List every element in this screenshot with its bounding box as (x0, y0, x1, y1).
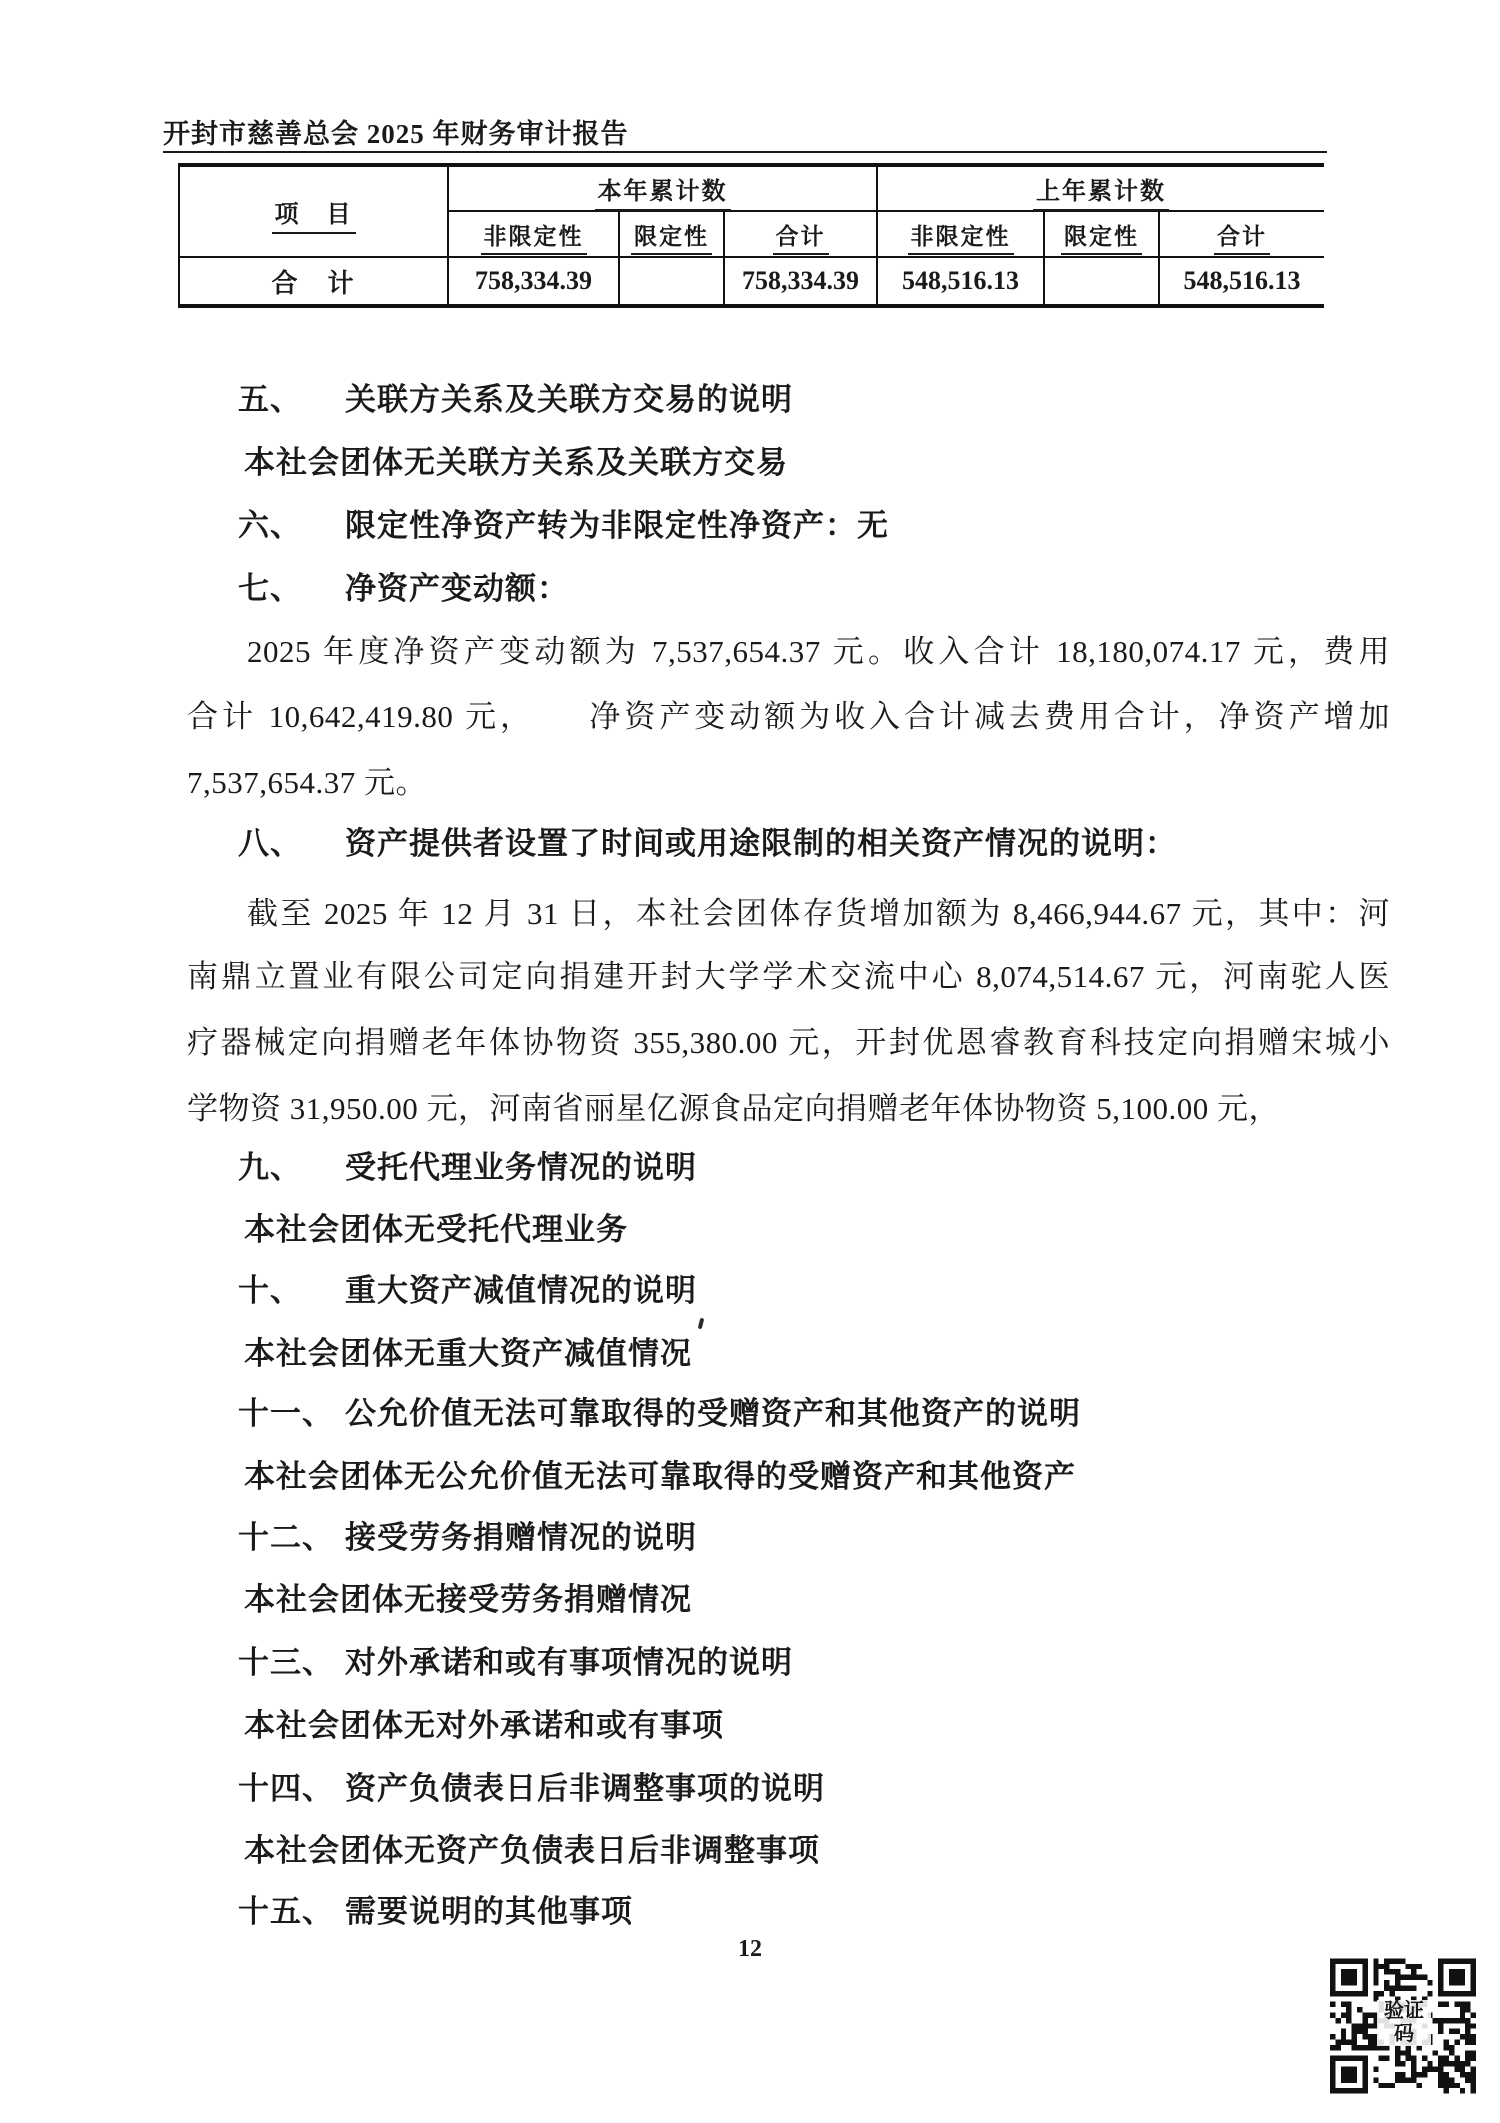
section-title: 关联方关系及关联方交易的说明 (345, 382, 793, 417)
cell-prior-restricted (1044, 257, 1159, 306)
section-heading-7: 七、净资产变动额： (238, 568, 569, 610)
section-heading-9: 九、受托代理业务情况的说明 (238, 1147, 697, 1189)
paragraph-line: 南鼎立置业有限公司定向捐建开封大学学术交流中心 8,074,514.67 元，河… (187, 956, 1390, 998)
section-title: 净资产变动额： (345, 571, 569, 606)
cell-current-restricted (619, 257, 724, 306)
col-header-prior-restricted: 限定性 (1044, 211, 1159, 257)
section-14-statement: 本社会团体无资产负债表日后非调整事项 (244, 1830, 820, 1872)
section-number: 十二、 (238, 1517, 345, 1559)
section-number: 六、 (238, 505, 345, 547)
col-header-current-unrestricted: 非限定性 (448, 211, 619, 257)
section-10-statement: 本社会团体无重大资产减值情况 (244, 1333, 692, 1375)
section-number: 五、 (238, 379, 345, 421)
section-title: 限定性净资产转为非限定性净资产：无 (345, 508, 889, 543)
section-title: 公允价值无法可靠取得的受赠资产和其他资产的说明 (345, 1396, 1081, 1431)
col-header-prior-unrestricted: 非限定性 (877, 211, 1044, 257)
paragraph-line: 2025 年度净资产变动额为 7,537,654.37 元。收入合计 18,18… (187, 631, 1390, 673)
cell-prior-total: 548,516.13 (1159, 257, 1324, 306)
paragraph-line: 7,537,654.37 元。 (187, 762, 1390, 804)
table-row: 合 计 758,334.39 758,334.39 548,516.13 548… (179, 257, 1324, 306)
section-13-statement: 本社会团体无对外承诺和或有事项 (244, 1705, 724, 1747)
section-number: 七、 (238, 568, 345, 610)
cell-current-unrestricted: 758,334.39 (448, 257, 619, 306)
section-12-statement: 本社会团体无接受劳务捐赠情况 (244, 1579, 692, 1621)
section-heading-6: 六、限定性净资产转为非限定性净资产：无 (238, 505, 889, 547)
qr-code-label: 验证码 (1377, 2000, 1431, 2046)
section-heading-8: 八、资产提供者设置了时间或用途限制的相关资产情况的说明： (238, 823, 1177, 865)
page-title: 开封市慈善总会 2025 年财务审计报告 (163, 112, 629, 151)
section-title: 受托代理业务情况的说明 (345, 1150, 697, 1185)
document-page: 开封市慈善总会 2025 年财务审计报告 项 目 本年累计数 上年累计数 非限定… (0, 0, 1500, 2123)
qr-code: 验证码 (1330, 1958, 1476, 2094)
section-heading-5: 五、关联方关系及关联方交易的说明 (238, 379, 793, 421)
section-title: 资产提供者设置了时间或用途限制的相关资产情况的说明： (345, 826, 1177, 861)
section-number: 十、 (238, 1270, 345, 1312)
section-number: 九、 (238, 1147, 345, 1189)
section-heading-10: 十、重大资产减值情况的说明 (238, 1270, 697, 1312)
section-heading-11: 十一、公允价值无法可靠取得的受赠资产和其他资产的说明 (238, 1393, 1081, 1435)
paragraph-line: 疗器械定向捐赠老年体协物资 355,380.00 元，开封优恩睿教育科技定向捐赠… (187, 1022, 1390, 1064)
col-header-prior-total: 合计 (1159, 211, 1324, 257)
col-group-prior-year: 上年累计数 (877, 165, 1324, 211)
col-group-current-year: 本年累计数 (448, 165, 877, 211)
section-heading-14: 十四、资产负债表日后非调整事项的说明 (238, 1768, 825, 1810)
paragraph-line: 学物资 31,950.00 元，河南省丽星亿源食品定向捐赠老年体协物资 5,10… (187, 1088, 1390, 1130)
col-header-current-total: 合计 (724, 211, 877, 257)
section-number: 十一、 (238, 1393, 345, 1435)
section-heading-12: 十二、接受劳务捐赠情况的说明 (238, 1517, 697, 1559)
section-title: 资产负债表日后非调整事项的说明 (345, 1771, 825, 1806)
section-title: 接受劳务捐赠情况的说明 (345, 1520, 697, 1555)
paragraph-line: 合计 10,642,419.80 元， 净资产变动额为收入合计减去费用合计，净资… (187, 696, 1390, 738)
section-9-statement: 本社会团体无受托代理业务 (244, 1209, 628, 1251)
scan-artifact-speck (698, 1318, 705, 1330)
col-header-item: 项 目 (179, 165, 448, 257)
section-11-statement: 本社会团体无公允价值无法可靠取得的受赠资产和其他资产 (244, 1456, 1076, 1498)
cell-prior-unrestricted: 548,516.13 (877, 257, 1044, 306)
header-underline (163, 151, 1327, 153)
net-assets-summary-table: 项 目 本年累计数 上年累计数 非限定性 限定性 合计 非限定性 限定性 合计 … (178, 163, 1324, 308)
section-5-statement: 本社会团体无关联方关系及关联方交易 (244, 442, 788, 484)
section-heading-13: 十三、对外承诺和或有事项情况的说明 (238, 1642, 793, 1684)
row-label-total: 合 计 (179, 257, 448, 306)
col-header-current-restricted: 限定性 (619, 211, 724, 257)
cell-current-total: 758,334.39 (724, 257, 877, 306)
section-number: 十四、 (238, 1768, 345, 1810)
page-number: 12 (0, 1936, 1500, 1963)
section-title: 重大资产减值情况的说明 (345, 1273, 697, 1308)
section-heading-15: 十五、需要说明的其他事项 (238, 1891, 633, 1933)
paragraph-line: 截至 2025 年 12 月 31 日，本社会团体存货增加额为 8,466,94… (187, 893, 1390, 935)
section-number: 十五、 (238, 1891, 345, 1933)
section-title: 对外承诺和或有事项情况的说明 (345, 1645, 793, 1680)
section-number: 八、 (238, 823, 345, 865)
section-title: 需要说明的其他事项 (345, 1894, 633, 1929)
section-number: 十三、 (238, 1642, 345, 1684)
